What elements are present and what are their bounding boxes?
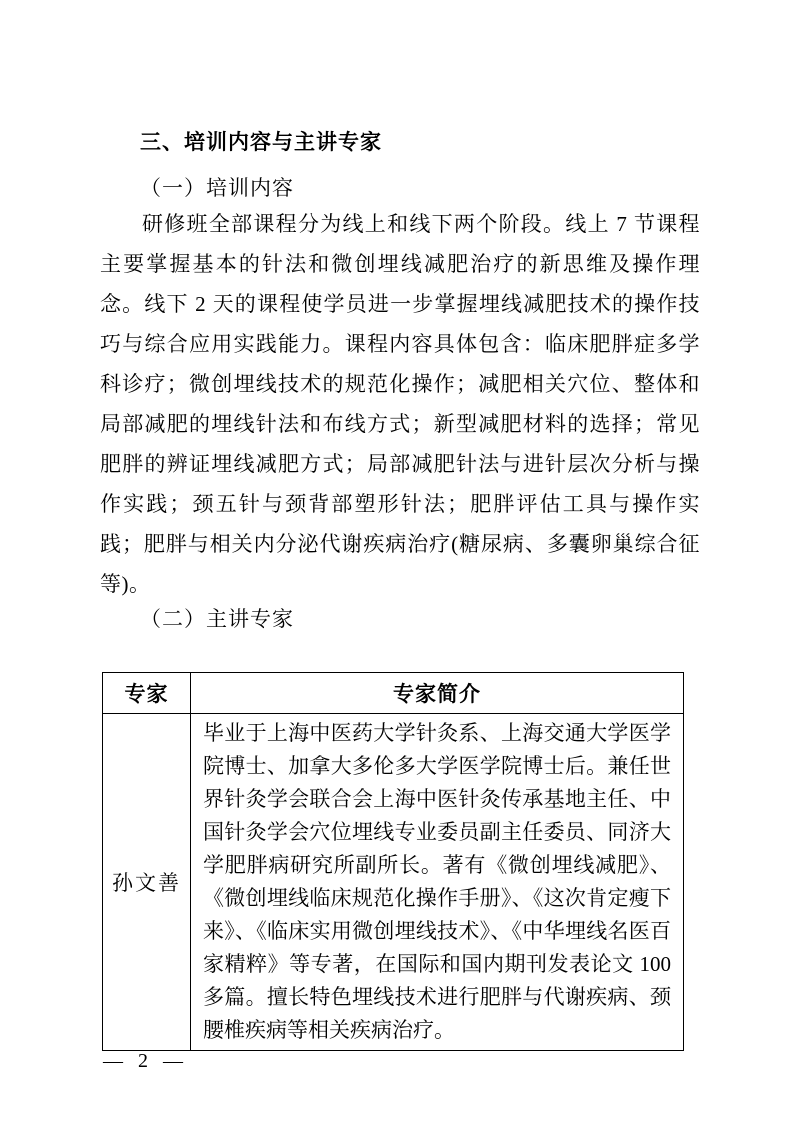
- subsection-lecturers: （二）主讲专家: [100, 604, 700, 634]
- expert-bio-cell: 毕业于上海中医药大学针灸系、上海交通大学医学院博士、加拿大多伦多大学医学院博士后…: [191, 714, 684, 1051]
- page-number: — 2 —: [103, 1050, 185, 1073]
- section-heading: 三、培训内容与主讲专家: [100, 128, 700, 158]
- table-header-expert: 专家: [103, 673, 191, 714]
- table-row: 孙文善 毕业于上海中医药大学针灸系、上海交通大学医学院博士、加拿大多伦多大学医学…: [103, 714, 684, 1051]
- training-content-paragraph: 研修班全部课程分为线上和线下两个阶段。线上 7 节课程主要掌握基本的针法和微创埋…: [100, 204, 700, 604]
- subsection-training-content: （一）培训内容: [100, 173, 700, 203]
- document-content: 三、培训内容与主讲专家 （一）培训内容 研修班全部课程分为线上和线下两个阶段。线…: [100, 128, 700, 1051]
- experts-table: 专家 专家简介 孙文善 毕业于上海中医药大学针灸系、上海交通大学医学院博士、加拿…: [102, 672, 684, 1051]
- expert-name-cell: 孙文善: [103, 714, 191, 1051]
- table-header-row: 专家 专家简介: [103, 673, 684, 714]
- document-page: 三、培训内容与主讲专家 （一）培训内容 研修班全部课程分为线上和线下两个阶段。线…: [0, 0, 800, 1131]
- table-header-bio: 专家简介: [191, 673, 684, 714]
